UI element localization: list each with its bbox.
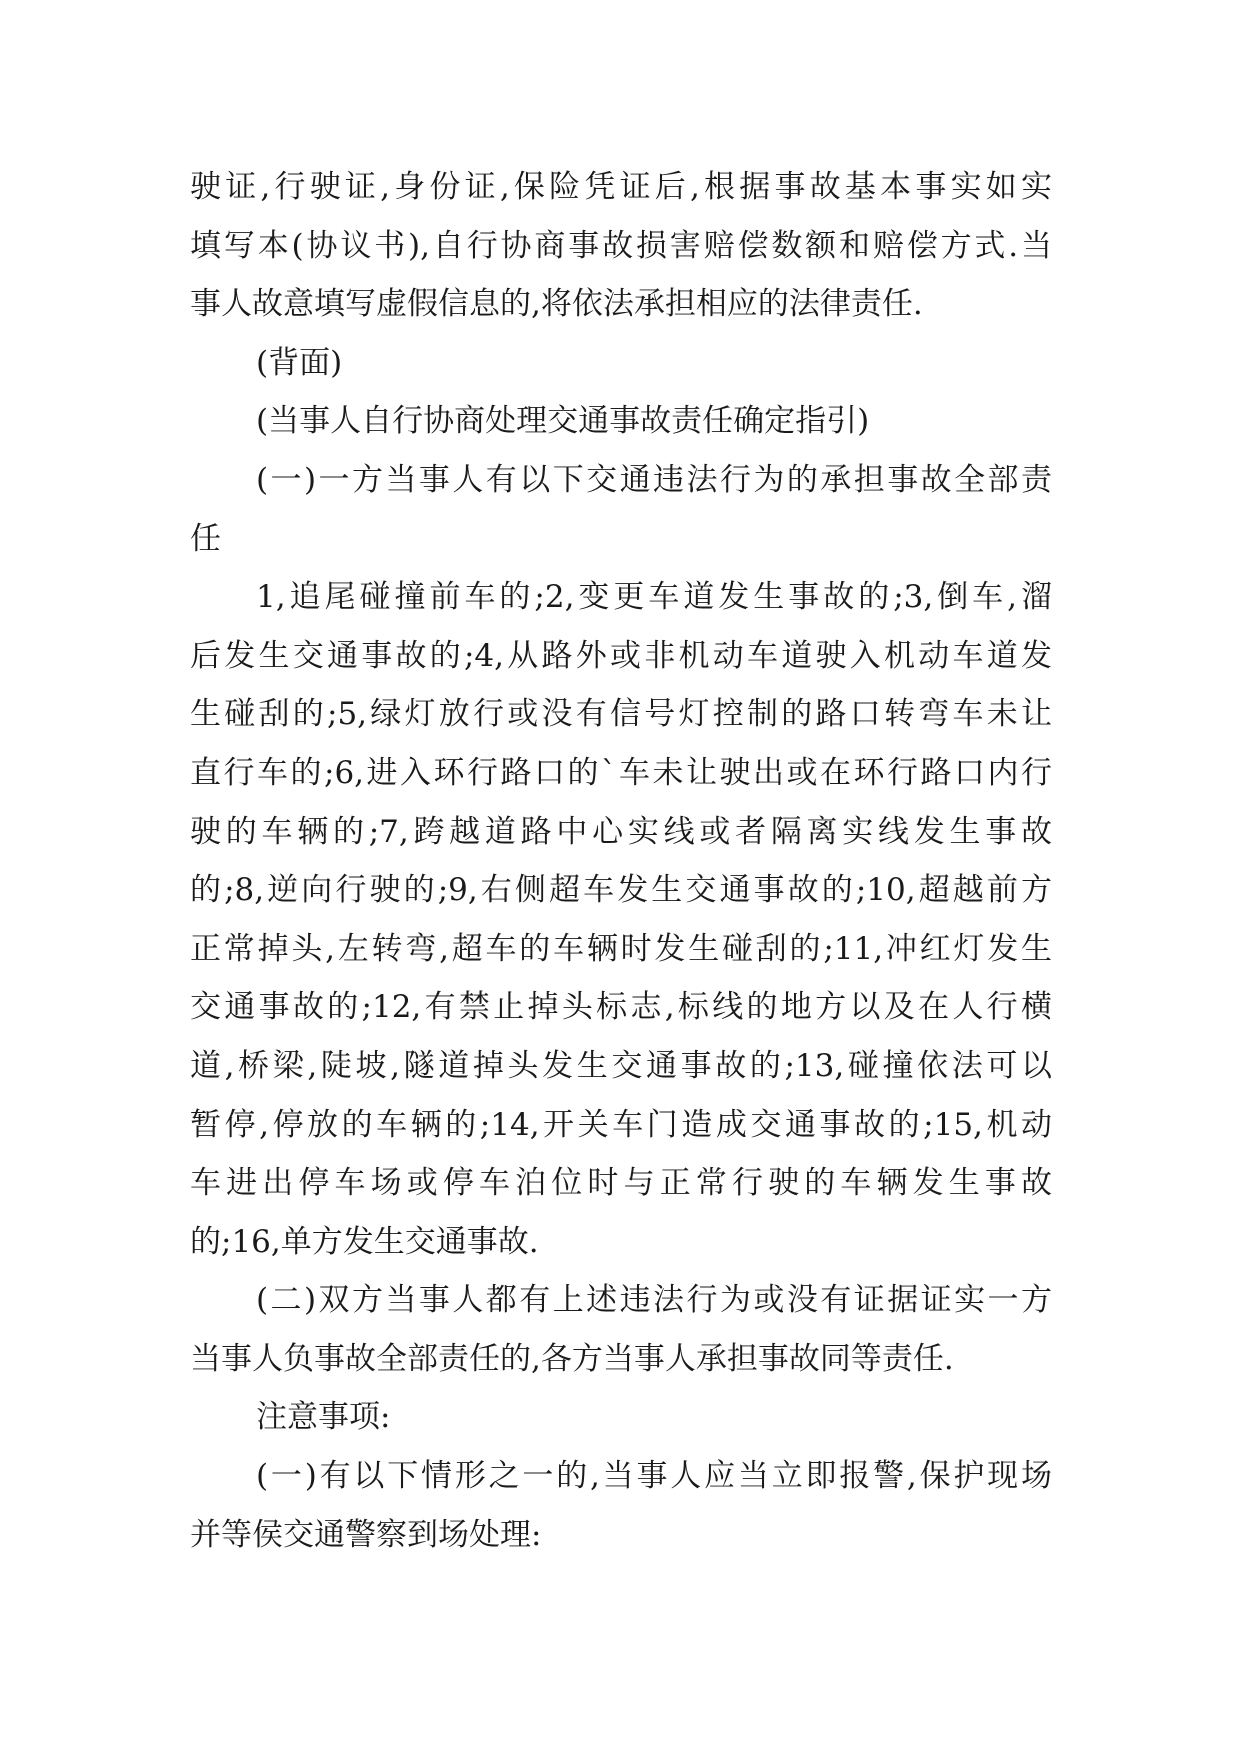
- text-line: 1,追尾碰撞前车的;2,变更车道发生事故的;3,倒车,溜: [190, 568, 1052, 627]
- text-line: 任: [190, 510, 1052, 569]
- text-line: 交通事故的;12,有禁止掉头标志,标线的地方以及在人行横: [190, 978, 1052, 1037]
- text-line: 的;8,逆向行驶的;9,右侧超车发生交通事故的;10,超越前方: [190, 861, 1052, 920]
- text-line: 驶的车辆的;7,跨越道路中心实线或者隔离实线发生事故: [190, 803, 1052, 862]
- text-line: 直行车的;6,进入环行路口的`车未让驶出或在环行路口内行: [190, 744, 1052, 803]
- text-line: 后发生交通事故的;4,从路外或非机动车道驶入机动车道发: [190, 627, 1052, 686]
- section-heading-back: (背面): [190, 334, 1052, 393]
- text-line: (一)一方当事人有以下交通违法行为的承担事故全部责: [190, 451, 1052, 510]
- text-line: 暂停,停放的车辆的;14,开关车门造成交通事故的;15,机动: [190, 1096, 1052, 1155]
- text-line: 并等侯交通警察到场处理:: [190, 1506, 1052, 1565]
- text-line: 当事人负事故全部责任的,各方当事人承担事故同等责任.: [190, 1330, 1052, 1389]
- text-line: 的;16,单方发生交通事故.: [190, 1213, 1052, 1272]
- text-line: 正常掉头,左转弯,超车的车辆时发生碰刮的;11,冲红灯发生: [190, 920, 1052, 979]
- text-line: (一)有以下情形之一的,当事人应当立即报警,保护现场: [190, 1447, 1052, 1506]
- document-page: 驶证,行驶证,身份证,保险凭证后,根据事故基本事实如实 填写本(协议书),自行协…: [190, 158, 1052, 1564]
- text-line: 驶证,行驶证,身份证,保险凭证后,根据事故基本事实如实: [190, 158, 1052, 217]
- text-line: 车进出停车场或停车泊位时与正常行驶的车辆发生事故: [190, 1154, 1052, 1213]
- section-heading-notes: 注意事项:: [190, 1388, 1052, 1447]
- text-line: 事人故意填写虚假信息的,将依法承担相应的法律责任.: [190, 275, 1052, 334]
- text-line: 道,桥梁,陡坡,隧道掉头发生交通事故的;13,碰撞依法可以: [190, 1037, 1052, 1096]
- text-line: 生碰刮的;5,绿灯放行或没有信号灯控制的路口转弯车未让: [190, 685, 1052, 744]
- text-line: 填写本(协议书),自行协商事故损害赔偿数额和赔偿方式.当: [190, 217, 1052, 276]
- section-heading-guide: (当事人自行协商处理交通事故责任确定指引): [190, 392, 1052, 451]
- text-line: (二)双方当事人都有上述违法行为或没有证据证实一方: [190, 1271, 1052, 1330]
